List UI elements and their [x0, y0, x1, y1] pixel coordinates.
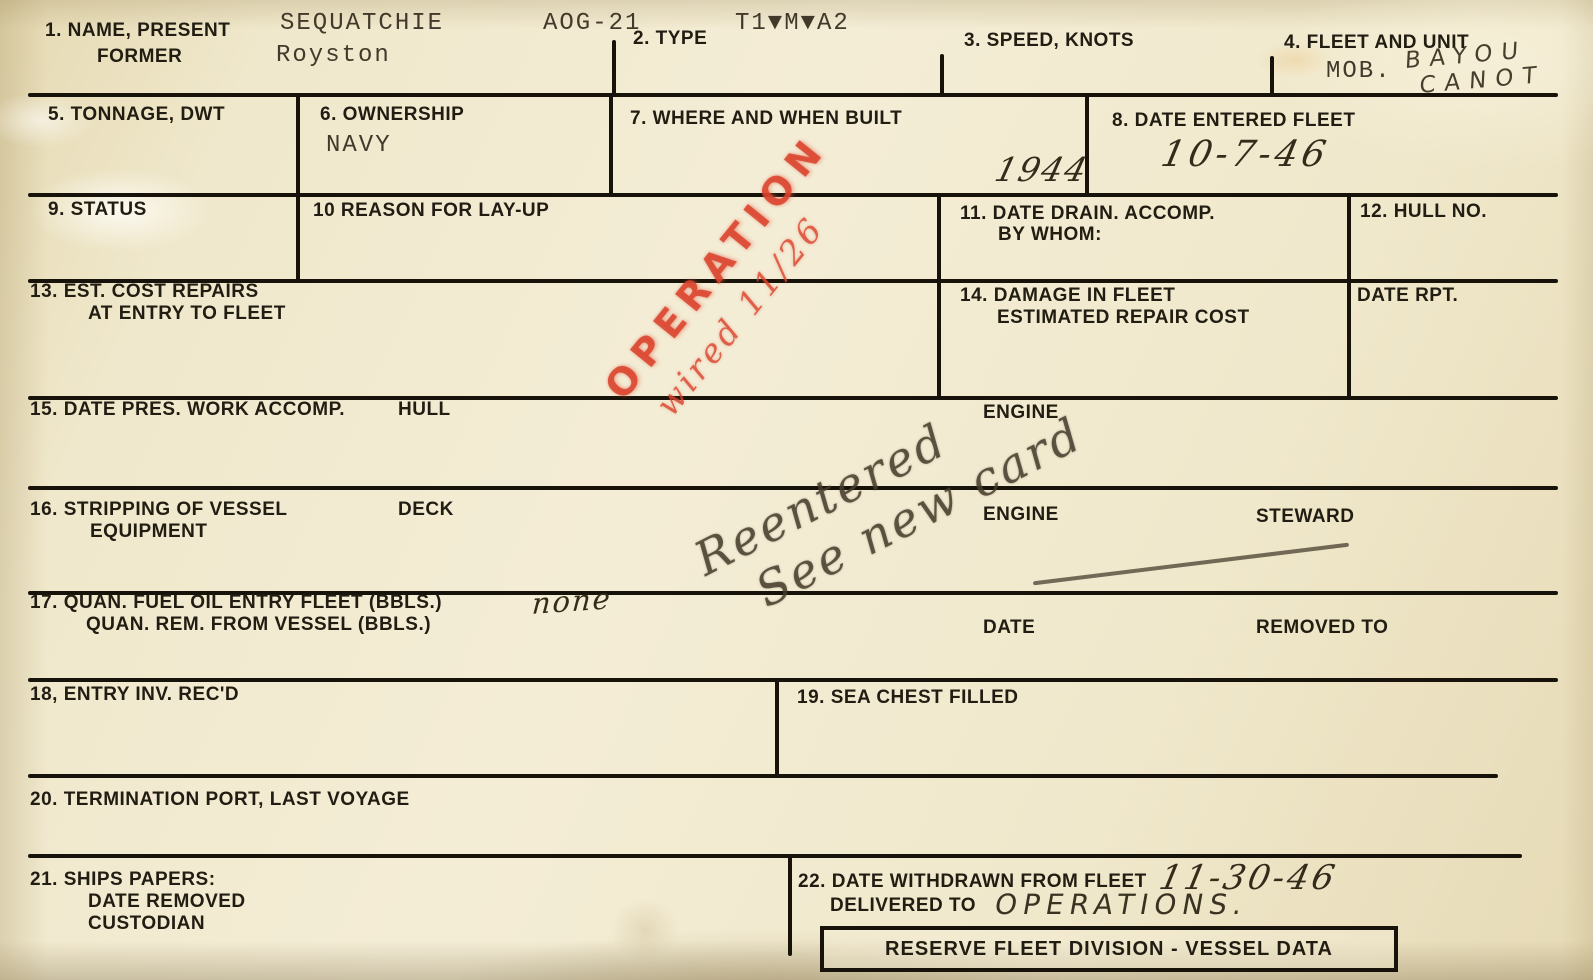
field-1-label-former: FORMER	[97, 46, 182, 68]
field-22-delivered-to-label: DELIVERED TO	[830, 895, 976, 917]
field-16-deck-label: DECK	[398, 499, 454, 521]
fuel-oil-none-handwritten: none	[531, 581, 613, 621]
vessel-name-present: SEQUATCHIE	[280, 10, 444, 37]
field-14-label: 14. DAMAGE IN FLEET	[960, 285, 1175, 307]
field-1-label: 1. NAME, PRESENT	[45, 20, 230, 42]
field-18-label: 18, ENTRY INV. REC'D	[30, 684, 239, 706]
footer-title-box: RESERVE FLEET DIVISION - VESSEL DATA	[820, 926, 1398, 972]
field-13-label: 13. EST. COST REPAIRS	[30, 281, 259, 303]
fleet-unit-handwritten: BAYOU CANOT	[1403, 36, 1547, 101]
field-15-hull-label: HULL	[398, 399, 451, 421]
field-8-label: 8. DATE ENTERED FLEET	[1112, 110, 1355, 132]
vessel-data-card: 1. NAME, PRESENT FORMER SEQUATCHIE Royst…	[0, 0, 1593, 980]
field-11-label-by-whom: BY WHOM:	[998, 224, 1102, 246]
field-13-label-line2: AT ENTRY TO FLEET	[88, 303, 286, 325]
pencil-flourish-stroke	[1033, 543, 1349, 586]
field-17-removed-to-label: REMOVED TO	[1256, 617, 1388, 639]
field-21-label: 21. SHIPS PAPERS:	[30, 869, 216, 891]
field-17-label: 17. QUAN. FUEL OIL ENTRY FLEET (BBLS.)	[30, 592, 442, 614]
grid-line-v4	[296, 95, 300, 196]
grid-line-v11	[788, 856, 792, 956]
field-21-label-date-removed: DATE REMOVED	[88, 891, 246, 913]
field-3-label: 3. SPEED, KNOTS	[964, 30, 1134, 52]
ownership-value: NAVY	[326, 132, 392, 159]
grid-line-h7	[28, 678, 1558, 682]
grid-line-h8	[28, 774, 1498, 778]
field-21-label-custodian: CUSTODIAN	[88, 913, 205, 935]
field-9-label: 9. STATUS	[48, 199, 147, 221]
field-16-steward-label: STEWARD	[1256, 506, 1355, 528]
grid-line-h1	[28, 93, 1558, 97]
delivered-to-handwritten: OPERATIONS.	[992, 888, 1251, 921]
built-year-handwritten: 1944	[991, 150, 1093, 189]
field-10-label: 10 REASON FOR LAY-UP	[313, 200, 549, 222]
grid-line-v5	[609, 95, 613, 196]
grid-line-v7	[296, 195, 300, 282]
footer-title: RESERVE FLEET DIVISION - VESSEL DATA	[885, 938, 1333, 961]
grid-line-v1	[612, 40, 616, 96]
field-12-label: 12. HULL NO.	[1360, 201, 1487, 223]
field-5-label: 5. TONNAGE, DWT	[48, 104, 225, 126]
field-6-label: 6. OWNERSHIP	[320, 104, 464, 126]
field-15-label: 15. DATE PRES. WORK ACCOMP.	[30, 399, 345, 421]
field-17-label-line2: QUAN. REM. FROM VESSEL (BBLS.)	[86, 614, 431, 636]
field-20-label: 20. TERMINATION PORT, LAST VOYAGE	[30, 789, 410, 811]
vessel-name-former: Royston	[276, 42, 391, 69]
grid-line-v8	[937, 195, 941, 399]
grid-line-v2	[940, 54, 944, 96]
field-16-label: 16. STRIPPING OF VESSEL	[30, 499, 288, 521]
grid-line-v9	[1347, 195, 1351, 399]
fleet-unit-typed: MOB.	[1326, 58, 1392, 85]
grid-line-v6	[1085, 95, 1089, 196]
field-16-label-line2: EQUIPMENT	[90, 521, 207, 543]
hull-designation: AOG-21	[543, 10, 641, 37]
date-entered-fleet-handwritten: 10-7-46	[1158, 134, 1334, 175]
type-value: T1▼M▼A2	[735, 10, 850, 37]
grid-line-v3	[1270, 56, 1274, 96]
field-2-label: 2. TYPE	[633, 28, 707, 50]
field-14-label-line2: ESTIMATED REPAIR COST	[997, 307, 1250, 329]
field-17-date-label: DATE	[983, 617, 1035, 639]
field-11-label: 11. DATE DRAIN. ACCOMP.	[960, 203, 1215, 225]
field-7-label: 7. WHERE AND WHEN BUILT	[630, 108, 902, 130]
field-16-engine-label: ENGINE	[983, 504, 1059, 526]
grid-line-v10	[775, 680, 779, 777]
field-19-label: 19. SEA CHEST FILLED	[797, 687, 1019, 709]
field-14-date-rpt-label: DATE RPT.	[1357, 285, 1458, 307]
